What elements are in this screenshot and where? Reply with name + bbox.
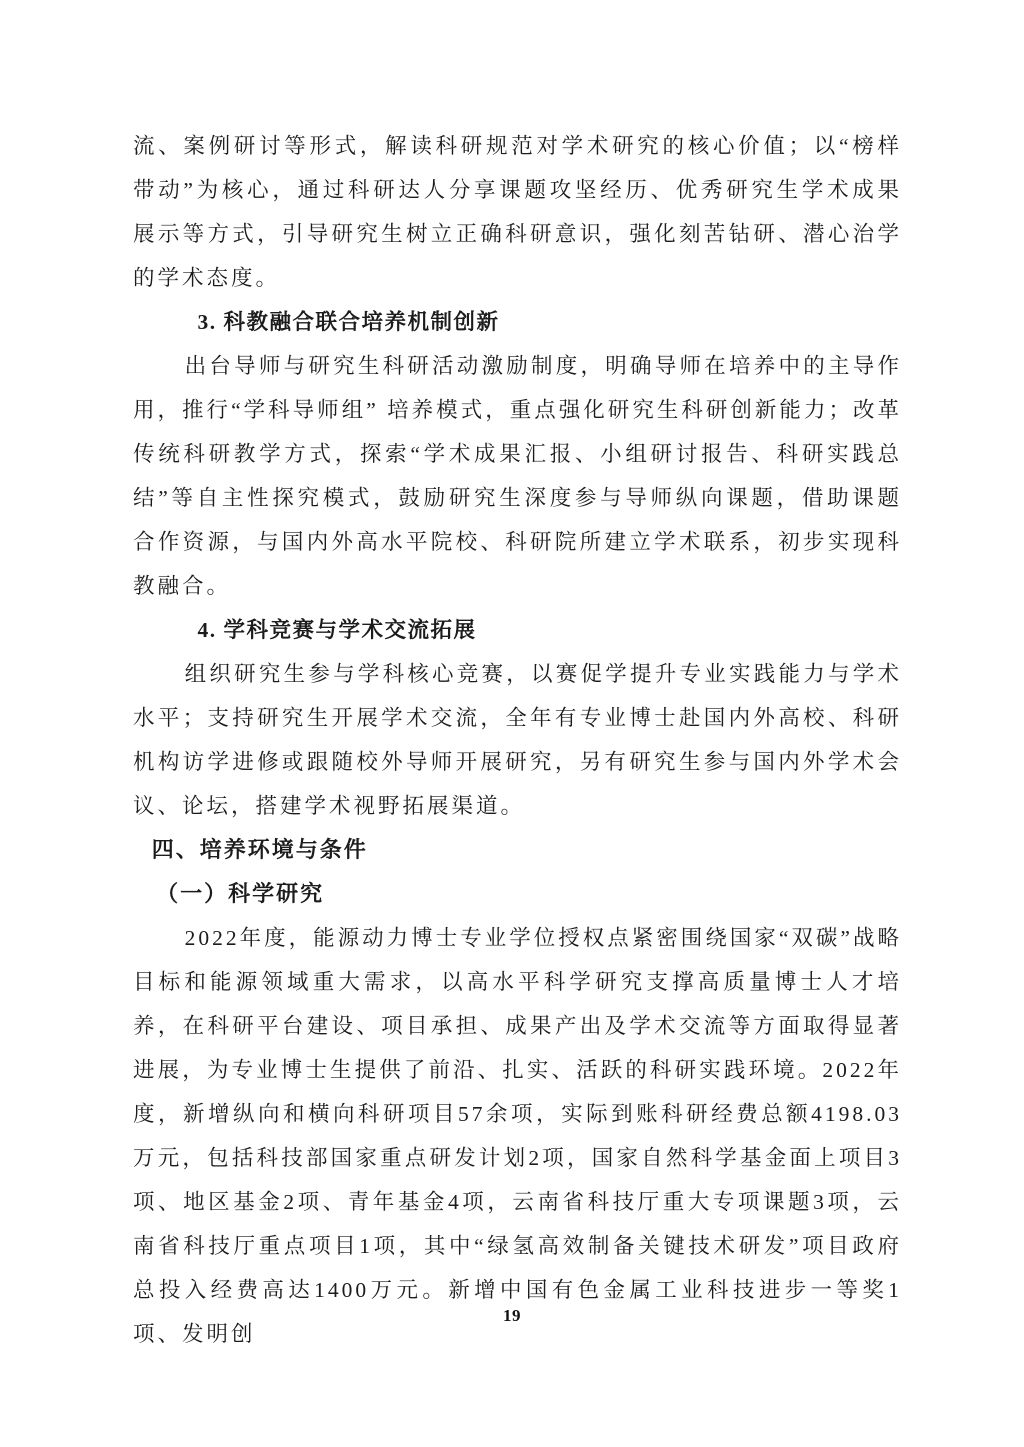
paragraph-mentor-mechanism: 出台导师与研究生科研活动激励制度，明确导师在培养中的主导作用，推行“学科导师组”… <box>133 344 902 608</box>
heading-3-keji-ronghe: 3. 科教融合联合培养机制创新 <box>133 300 902 344</box>
page-number: 19 <box>0 1306 1024 1326</box>
heading-section-4-peiyang-huanjing: 四、培养环境与条件 <box>133 828 902 872</box>
document-body: 流、案例研讨等形式，解读科研规范对学术研究的核心价值；以“榜样带动”为核心，通过… <box>133 124 902 1356</box>
paragraph-research-2022: 2022年度，能源动力博士专业学位授权点紧密围绕国家“双碳”战略目标和能源领域重… <box>133 916 902 1356</box>
document-page: 流、案例研讨等形式，解读科研规范对学术研究的核心价值；以“榜样带动”为核心，通过… <box>0 0 1024 1447</box>
paragraph-continuation: 流、案例研讨等形式，解读科研规范对学术研究的核心价值；以“榜样带动”为核心，通过… <box>133 124 902 300</box>
paragraph-competition-exchange: 组织研究生参与学科核心竞赛，以赛促学提升专业实践能力与学术水平；支持研究生开展学… <box>133 652 902 828</box>
heading-4-xueke-jingsai: 4. 学科竞赛与学术交流拓展 <box>133 608 902 652</box>
heading-sub-1-kexue-yanjiu: （一）科学研究 <box>133 872 902 916</box>
